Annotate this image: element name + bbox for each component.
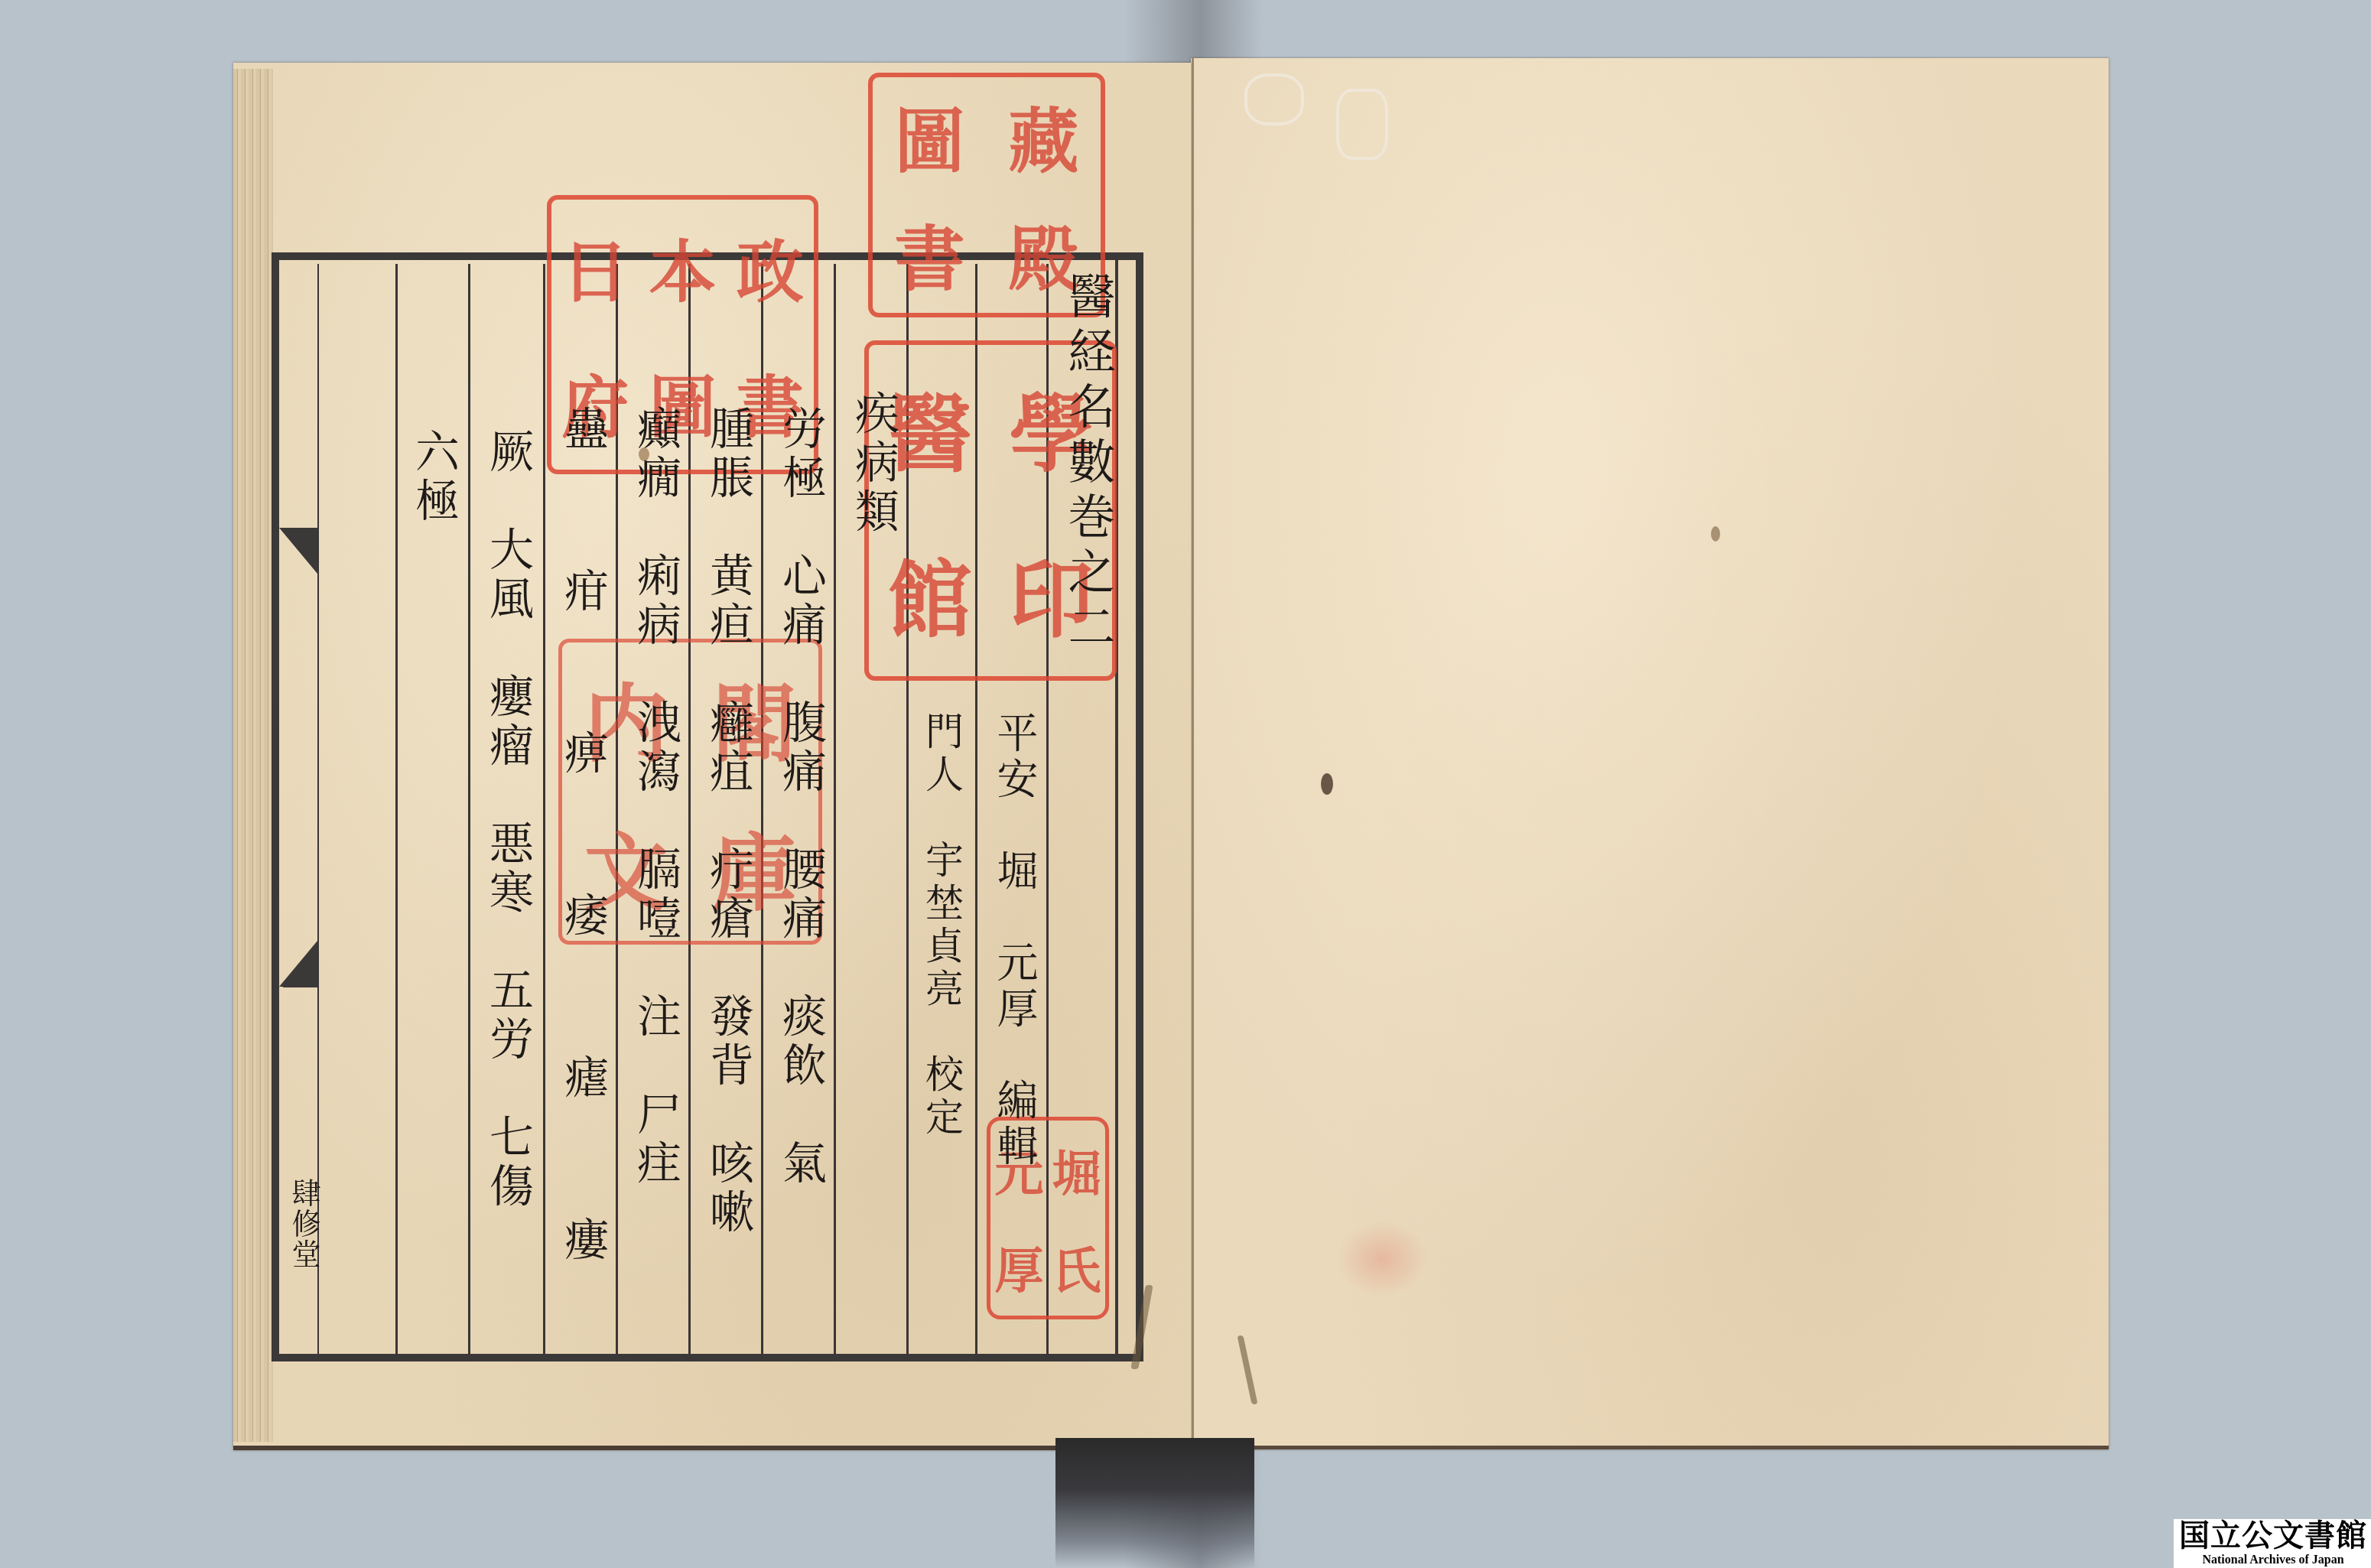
entry-column: 厥 大風 癭瘤 悪寒 五労 七傷 <box>476 428 540 1212</box>
entry-column: 腫脹 黄疸 癰疽 疔瘡 發背 咳嗽 <box>696 405 760 1238</box>
fold-line <box>1192 58 1194 1446</box>
fishtail-rule <box>283 985 317 987</box>
seal-glyph: 館 <box>888 533 972 654</box>
entry-column: 癲癇 痢病 洩瀉 膈噎 注 尸疰 <box>623 405 688 1189</box>
entry-column: 蠱 疳 痹 痿 瘧 瘻 <box>551 405 615 1297</box>
column-rule <box>543 264 545 1354</box>
archive-logo-english: National Archives of Japan <box>2177 1553 2369 1568</box>
section-heading: 疾病類 <box>841 390 906 537</box>
faint-seal-offset <box>1336 1221 1428 1297</box>
wormhole-damage <box>1244 73 1304 125</box>
archive-logo-japanese: 国立公文書館 <box>2177 1519 2369 1553</box>
right-page <box>1191 58 2109 1449</box>
column-rule <box>834 264 836 1354</box>
page-stack-edge <box>233 69 273 1442</box>
editor-line: 門人 宇埜貞亮 校定 <box>914 711 969 1140</box>
seal-glyph: 本 <box>649 219 716 315</box>
binding-thread <box>1237 1335 1257 1404</box>
book-title: 醫経名數巻之二 <box>1054 272 1122 657</box>
entry-column: 六極 <box>402 428 466 526</box>
column-rule <box>395 264 398 1354</box>
seal-glyph: 厚 <box>995 1231 1044 1302</box>
stain <box>1711 526 1720 542</box>
gutter-bottom-shadow <box>1055 1438 1254 1568</box>
stain <box>639 447 649 461</box>
seal-glyph: 日 <box>561 219 629 315</box>
fishtail-top <box>279 528 317 574</box>
seal-glyph: 圖 <box>894 86 964 187</box>
entry-column: 労極 心痛 腹痛 腰痛 痰飲 氣 <box>769 405 833 1189</box>
fishtail-bottom <box>279 941 317 987</box>
seal-glyph: 氏 <box>1052 1231 1101 1302</box>
seal-glyph: 書 <box>894 203 964 304</box>
publisher-mark: 肆修堂 <box>283 1178 325 1270</box>
seal-glyph: 堀 <box>1052 1134 1101 1205</box>
column-rule <box>468 264 470 1354</box>
wormhole-damage <box>1336 89 1388 160</box>
stain <box>1321 773 1333 795</box>
compiler-line: 平安 堀 元厚 編輯 <box>985 711 1044 1170</box>
seal-glyph: 藏 <box>1008 86 1078 187</box>
seal-glyph: 政 <box>737 219 804 315</box>
